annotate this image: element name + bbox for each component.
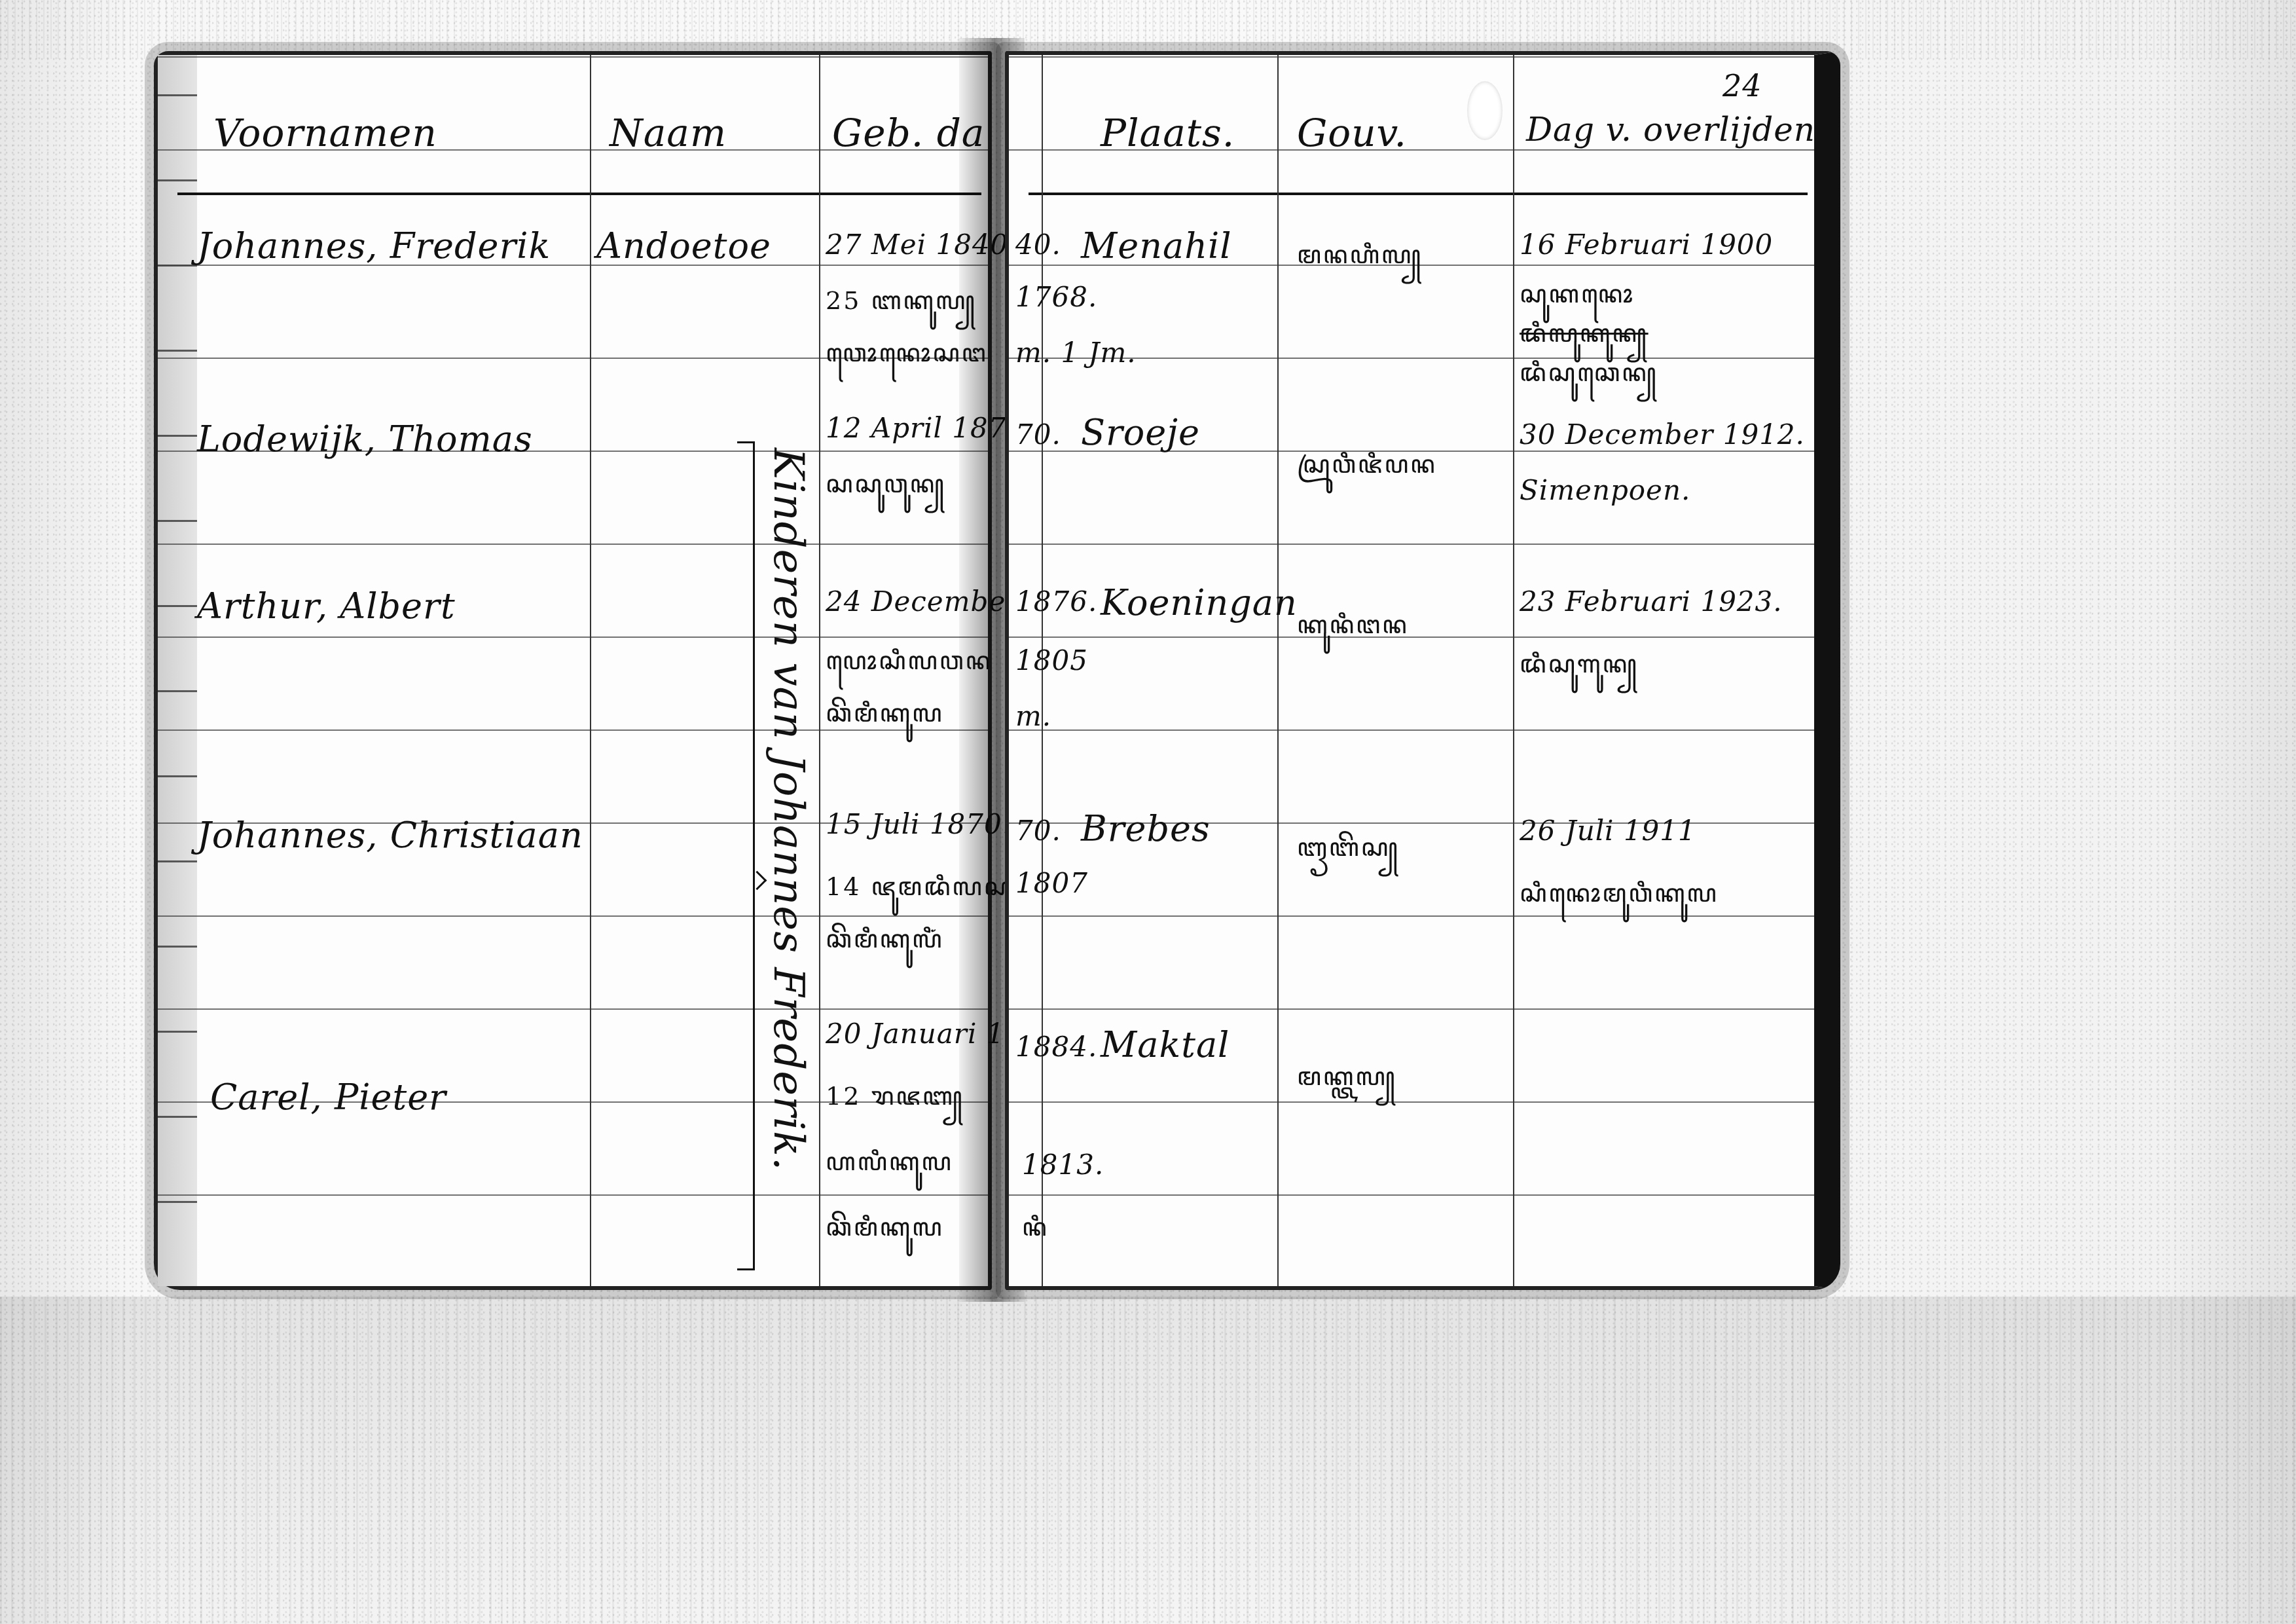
entry-4-dag-overlijden-javanese: ꦱꦶꦤꦺꦴꦩꦸꦮꦶꦏꦸꦭ	[1520, 874, 1719, 925]
header-naam: Naam	[610, 111, 727, 155]
column-divider	[1277, 55, 1279, 1286]
header-gouv: Gouv.	[1297, 111, 1407, 155]
entry-4-geb-datum-javanese-2: ꦕꦼꦩꦶꦏꦸꦭꦶꦁ	[826, 919, 943, 970]
entry-3-plaats: Koeningan	[1101, 582, 1298, 623]
entry-3-jav-suffix: m.	[1015, 700, 1051, 732]
entry-5-plaats: Maktal	[1101, 1024, 1230, 1065]
entry-3-jav-year: 1805	[1015, 644, 1088, 676]
entry-3-dag-overlijden-javanese: ꦢꦶꦱꦸꦒꦸꦤ꧀	[1520, 644, 1639, 695]
entry-3-year: 1876.	[1015, 585, 1097, 618]
column-divider	[590, 55, 591, 1286]
header-plaats: Plaats.	[1101, 111, 1235, 155]
punch-hole	[1467, 81, 1503, 140]
entry-1-jav-year: 1768.	[1015, 281, 1097, 313]
page-number: 24	[1722, 68, 1762, 103]
entry-5-gouv: ꦩꦏ꧀ꦠꦭ꧀	[1297, 1057, 1397, 1108]
bracketed-surname-vertical: Kinderen van Johannes Frederik.	[764, 448, 812, 1171]
entry-1-dag-overlijden-javanese-2: ꦢꦶꦱꦸꦕꦺꦤ꧀	[1520, 353, 1658, 404]
header-voornamen: Voornamen	[213, 111, 437, 155]
children-bracket	[737, 441, 755, 1270]
entry-4-year-suffix: 70.	[1015, 815, 1061, 847]
scan-top-smear	[0, 0, 2296, 59]
entry-3-dag-overlijden: 23 Februari 1923.	[1520, 585, 1783, 618]
register-book: Voornamen Naam Geb. da Johannes, Frederi…	[154, 51, 1830, 1295]
column-divider	[1513, 55, 1514, 1286]
entry-1-year-suffix: 40.	[1015, 229, 1061, 261]
entry-2-plaats: Sroeje	[1081, 412, 1200, 453]
entry-2-dag-overlijden: 30 December 1912.	[1520, 418, 1805, 451]
header-dag-overlijden: Dag v. overlijden	[1526, 111, 1815, 149]
entry-2-dag-overlijden-note: Simenpoen.	[1520, 474, 1690, 506]
right-page: 24 Plaats. Gouv. Dag v. overlijden 40. M…	[1005, 51, 1840, 1290]
entry-2-voornamen: Lodewijk, Thomas	[197, 418, 533, 460]
entry-4-plaats: Brebes	[1081, 808, 1211, 849]
entry-5-geb-datum-javanese: 12 ꦫꦗꦧ꧀	[826, 1077, 964, 1128]
scan-bottom-smear	[0, 1297, 2296, 1624]
entry-3-voornamen: Arthur, Albert	[197, 585, 456, 627]
entry-5-geb-datum-javanese-2: ꦲꦭꦶꦏꦸꦭ	[826, 1142, 953, 1193]
entry-4-jav-year: 1807	[1015, 867, 1088, 899]
entry-1-voornamen: Johannes, Frederik	[197, 225, 551, 267]
entry-5-jav-suffix: ꦤꦶ	[1022, 1208, 1049, 1259]
entry-1-dag-overlijden: 16 Februari 1900	[1520, 229, 1773, 261]
entry-4-dag-overlijden: 26 Juli 1911	[1520, 815, 1696, 847]
entry-5-voornamen: Carel, Pieter	[210, 1077, 446, 1118]
entry-1-naam: Andoetoe	[596, 225, 771, 267]
entry-4-voornamen: Johannes, Christiaan	[197, 815, 583, 856]
entry-3-geb-datum-javanese-2: ꦕꦼꦩꦶꦏꦸꦭ	[826, 693, 943, 745]
entry-1-plaats: Menahil	[1081, 225, 1232, 267]
entry-1-geb-datum-javanese: 25 ꦧꦏꦸꦭ꧀	[826, 281, 977, 332]
entry-5-year: 1884.	[1015, 1031, 1097, 1063]
entry-1-gouv: ꦩꦤꦲꦶꦭ꧀	[1297, 235, 1423, 286]
entry-2-gouv: ꦱꦿꦸꦮꦶꦗꦶꦥꦤ	[1297, 445, 1437, 496]
entry-1-jav-suffix: m. 1 Jm.	[1015, 337, 1137, 369]
entry-2-year-suffix: 70.	[1015, 418, 1061, 451]
column-divider	[819, 55, 820, 1286]
entry-4-gouv: ꦧꦽꦧꦼꦱ꧀	[1297, 828, 1400, 879]
entry-5-geb-datum-javanese-3: ꦕꦼꦩꦶꦏꦸꦭ	[826, 1208, 943, 1259]
entry-2-geb-datum-javanese: ꦱꦱꦸꦮꦸꦤ꧀	[826, 464, 946, 515]
entry-5-jav-year: 1813.	[1022, 1149, 1104, 1181]
left-page: Voornamen Naam Geb. da Johannes, Frederi…	[154, 51, 992, 1290]
entry-3-gouv: ꦏꦸꦤꦶꦔꦤ	[1297, 605, 1409, 656]
header-divider	[177, 193, 981, 195]
header-divider	[1029, 193, 1808, 195]
